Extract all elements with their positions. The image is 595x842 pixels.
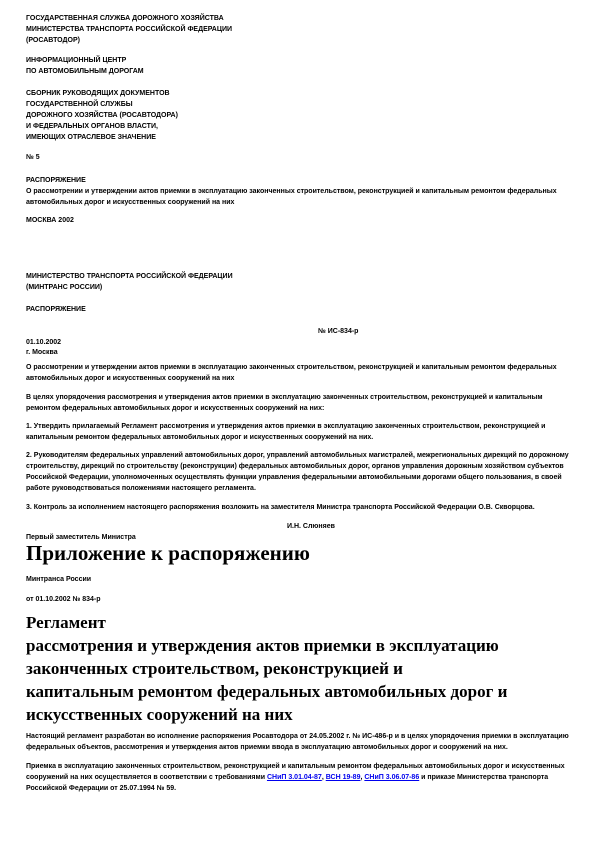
link-snip-3-06-07-86[interactable]: СНиП 3.06.07-86 xyxy=(364,774,419,781)
ministry-name: МИНИСТЕРСТВО ТРАНСПОРТА РОССИЙСКОЙ ФЕДЕР… xyxy=(26,271,570,293)
link-vsn-19-89[interactable]: ВСН 19-89 xyxy=(326,774,361,781)
order-date: 01.10.2002 xyxy=(26,339,61,346)
masthead-city-year: МОСКВА 2002 xyxy=(26,215,570,226)
order-city: г. Москва xyxy=(26,347,570,358)
masthead-agency: ГОСУДАРСТВЕННАЯ СЛУЖБА ДОРОЖНОГО ХОЗЯЙСТ… xyxy=(26,13,570,46)
order-item-1: 1. Утвердить прилагаемый Регламент рассм… xyxy=(26,421,570,443)
regulation-para-1: Настоящий регламент разработан во исполн… xyxy=(26,731,570,753)
annex-date-number: от 01.10.2002 № 834-р xyxy=(26,594,570,605)
order-item-2: 2. Руководителям федеральных управлений … xyxy=(26,450,570,494)
signature-title: Первый заместитель Министра xyxy=(26,534,136,541)
order-doc-type: РАСПОРЯЖЕНИЕ xyxy=(26,304,570,315)
annex-issuer: Минтранса России xyxy=(26,574,570,585)
issue-number: № 5 xyxy=(26,152,570,163)
masthead-info-center: ИНФОРМАЦИОННЫЙ ЦЕНТР ПО АВТОМОБИЛЬНЫМ ДО… xyxy=(26,55,570,77)
regulation-para-2: Приемка в эксплуатацию законченных строи… xyxy=(26,761,570,794)
order-preamble: В целях упорядочения рассмотрения и утве… xyxy=(26,392,570,414)
order-date-number-row: 01.10.2002 № ИС-834-р xyxy=(26,326,570,337)
masthead-collection: СБОРНИК РУКОВОДЯЩИХ ДОКУМЕНТОВ ГОСУДАРСТ… xyxy=(26,88,570,143)
order-subject: О рассмотрении и утверждении актов прием… xyxy=(26,362,570,384)
link-snip-3-01-04-87[interactable]: СНиП 3.01.04-87 xyxy=(267,774,322,781)
regulation-title: Регламент рассмотрения и утверждения акт… xyxy=(26,611,570,726)
signature-row: Первый заместитель Министра И.Н. Слюняев xyxy=(26,521,570,532)
annex-heading: Приложение к распоряжению xyxy=(26,540,570,566)
masthead-doc-type: РАСПОРЯЖЕНИЕ xyxy=(26,175,570,186)
order-number: № ИС-834-р xyxy=(318,326,358,337)
masthead-subject: О рассмотрении и утверждении актов прием… xyxy=(26,186,570,208)
document-page: ГОСУДАРСТВЕННАЯ СЛУЖБА ДОРОЖНОГО ХОЗЯЙСТ… xyxy=(0,0,595,842)
signature-name: И.Н. Слюняев xyxy=(287,521,335,532)
order-item-3: 3. Контроль за исполнением настоящего ра… xyxy=(26,502,570,513)
